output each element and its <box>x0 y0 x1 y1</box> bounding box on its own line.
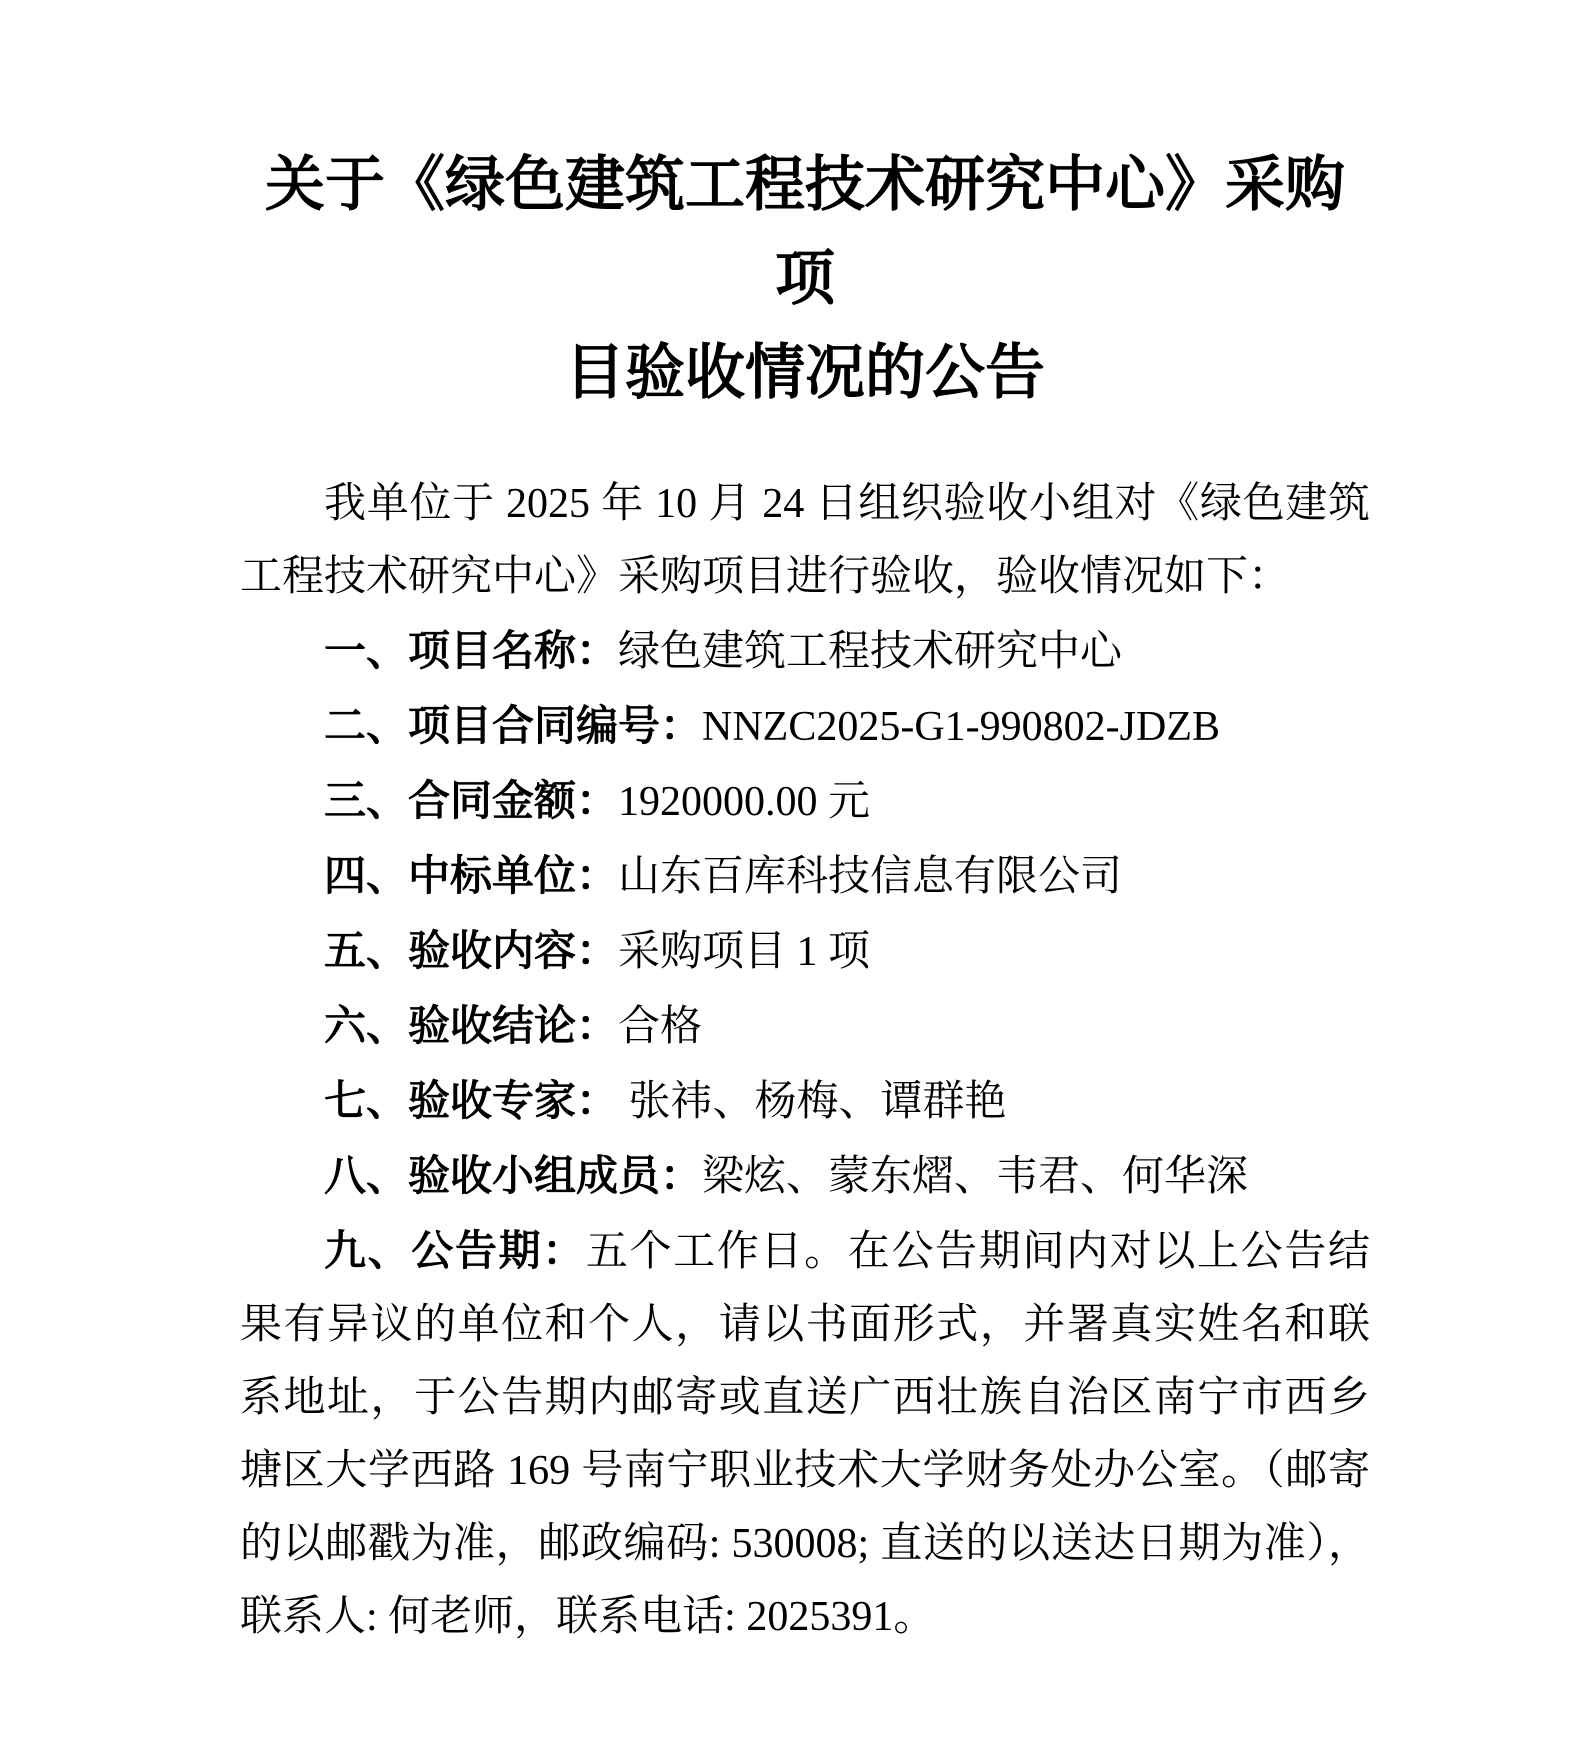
title-line-1: 关于《绿色建筑工程技术研究中心》采购项 <box>265 152 1345 312</box>
intro-paragraph: 我单位于 2025 年 10 月 24 日组织验收小组对《绿色建筑工程技术研究中… <box>240 468 1370 614</box>
announcement-item-9: 九、公告期：五个工作日。在公告期间内对以上公告结果有异议的单位和个人，请以书面形… <box>240 1214 1370 1654</box>
title-line-2: 目验收情况的公告 <box>565 340 1045 406</box>
item-9-label: 九、公告期： <box>324 1227 586 1274</box>
item-5-label: 五、验收内容： <box>324 927 618 974</box>
item-8-label: 八、验收小组成员： <box>324 1152 702 1199</box>
item-6-label: 六、验收结论： <box>324 1002 618 1049</box>
item-1-value: 绿色建筑工程技术研究中心 <box>618 629 1122 675</box>
item-3-label: 三、合同金额： <box>324 777 618 824</box>
item-1-label: 一、项目名称： <box>324 627 618 674</box>
announcement-item-2: 二、项目合同编号：NNZC2025-G1-990802-JDZB <box>240 689 1370 764</box>
item-5-value: 采购项目 1 项 <box>618 929 870 975</box>
intro-text: 我单位于 2025 年 10 月 24 日组织验收小组对《绿色建筑工程技术研究中… <box>240 481 1370 600</box>
item-8-value: 梁炫、蒙东熠、韦君、何华深 <box>702 1154 1248 1200</box>
announcement-item-1: 一、项目名称：绿色建筑工程技术研究中心 <box>240 614 1370 689</box>
item-4-value: 山东百库科技信息有限公司 <box>618 854 1122 900</box>
document-title: 关于《绿色建筑工程技术研究中心》采购项 目验收情况的公告 <box>240 138 1370 420</box>
announcement-item-7: 七、验收专家： 张祎、杨梅、谭群艳 <box>240 1064 1370 1139</box>
item-2-label: 二、项目合同编号： <box>324 702 702 749</box>
announcement-item-4: 四、中标单位：山东百库科技信息有限公司 <box>240 839 1370 914</box>
item-7-value: 张祎、杨梅、谭群艳 <box>618 1079 1007 1125</box>
item-6-value: 合格 <box>618 1004 702 1050</box>
item-9-value: 五个工作日。在公告期间内对以上公告结果有异议的单位和个人，请以书面形式，并署真实… <box>240 1229 1370 1640</box>
document-body: 我单位于 2025 年 10 月 24 日组织验收小组对《绿色建筑工程技术研究中… <box>240 468 1370 1654</box>
announcement-item-3: 三、合同金额：1920000.00 元 <box>240 764 1370 839</box>
announcement-item-6: 六、验收结论：合格 <box>240 989 1370 1064</box>
item-4-label: 四、中标单位： <box>324 852 618 899</box>
announcement-item-5: 五、验收内容：采购项目 1 项 <box>240 914 1370 989</box>
announcement-item-8: 八、验收小组成员：梁炫、蒙东熠、韦君、何华深 <box>240 1139 1370 1214</box>
announcement-page: 关于《绿色建筑工程技术研究中心》采购项 目验收情况的公告 我单位于 2025 年… <box>0 0 1587 1738</box>
item-7-label: 七、验收专家： <box>324 1077 618 1124</box>
item-2-value: NNZC2025-G1-990802-JDZB <box>702 704 1220 750</box>
item-3-value: 1920000.00 元 <box>618 779 870 825</box>
